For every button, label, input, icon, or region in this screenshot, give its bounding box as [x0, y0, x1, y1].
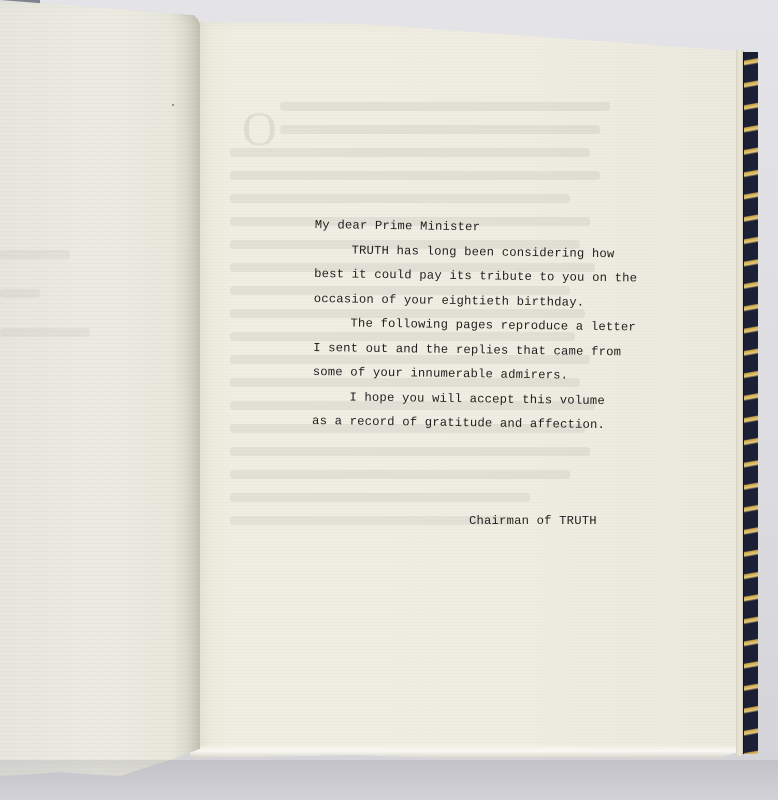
book-photo: O — [0, 0, 778, 800]
ghost-line — [230, 493, 530, 502]
typewritten-letter: My dear Prime Minister TRUTH has long be… — [312, 213, 655, 438]
gilt-cover-edge — [743, 52, 758, 754]
ghost-line — [280, 125, 600, 134]
ghost-line — [230, 447, 590, 456]
paper-speck — [172, 104, 174, 106]
ghost-line — [230, 194, 570, 203]
ghost-line — [0, 328, 90, 337]
ghost-line — [230, 516, 510, 525]
ghost-line — [230, 148, 590, 157]
ghost-line — [280, 102, 610, 111]
ghost-line — [230, 171, 600, 180]
left-show-through — [0, 250, 110, 360]
ghost-line — [230, 470, 570, 479]
letter-signature: Chairman of TRUTH — [469, 514, 597, 528]
table-shadow — [0, 760, 778, 800]
ghost-line — [0, 289, 40, 298]
ghost-drop-cap: O — [242, 102, 277, 157]
ghost-line — [0, 250, 70, 259]
left-page — [0, 0, 200, 780]
letter-line: as a record of gratitude and affection. — [312, 409, 652, 438]
